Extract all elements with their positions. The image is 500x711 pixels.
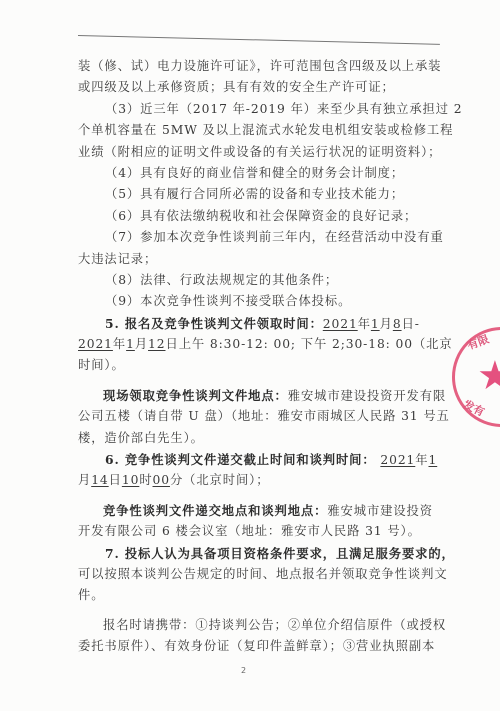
date-month: 1 — [428, 453, 437, 467]
time-minute: 00 — [153, 473, 170, 487]
unit-label: 日- — [402, 317, 420, 331]
bring-items-line-2: 委托书原件）、有效身份证（复印件盖鲜章）；③营业执照副本 — [78, 636, 444, 657]
section-7-heading: 7. 投标人认为具备项目资格条件要求，且满足服务要求的， — [105, 546, 455, 561]
site-pickup-line-2: 公司五楼（请自带 U 盘）（地址：雅安市雨城区人民路 31 号五 — [78, 406, 444, 427]
text-line: 或四级及以上承修资质；具有有效的安全生产许可证； — [78, 77, 444, 98]
section-5-line-3: 时间）。 — [78, 355, 444, 376]
date-month: 1 — [371, 317, 380, 331]
star-icon: ★ — [477, 356, 500, 396]
date-day: 12 — [148, 337, 165, 351]
unit-label: 月 — [380, 317, 393, 331]
site-pickup-line-3: 楼，造价部白先生）。 — [78, 428, 444, 449]
unit-label: 分（北京时间）； — [170, 473, 269, 487]
text-line: 大违法记录； — [78, 249, 444, 270]
section-7-line-1: 7. 投标人认为具备项目资格条件要求，且满足服务要求的， — [78, 543, 444, 564]
requirement-8: （8）法律、行政法规规定的其他条件； — [78, 270, 444, 291]
requirement-3: （3）近三年（2017 年-2019 年）来至少具有独立承担过 2 — [78, 99, 444, 120]
date-year: 2021 — [323, 317, 358, 331]
text-line: 业绩（附相应的证明文件或设备的有关运行状况的证明资料）； — [78, 142, 444, 163]
date-day: 8 — [393, 317, 402, 331]
unit-label: 时 — [139, 473, 152, 487]
document-body: 装（修、试）电力设施许可证》，许可范围包含四级及以上承装 或四级及以上承修资质；… — [78, 56, 444, 658]
time-range: 日上午 8:30-12: 00; 下午 2;30-18: 00（北京 — [166, 337, 453, 351]
date-year: 2021 — [380, 453, 415, 467]
requirement-5: （5）具有履行合同所必需的设备和专业技术能力； — [78, 184, 444, 205]
section-5-heading: 5. 报名及竞争性谈判文件领取时间： — [105, 316, 323, 331]
section-7-line-2: 可以按照本谈判公告规定的时间、地点报名并领取竞争性谈判文 — [78, 564, 444, 585]
company-seal: 有限 ★ 发有 — [452, 327, 500, 427]
unit-label: 年 — [415, 453, 428, 467]
date-month: 1 — [126, 337, 135, 351]
header-rule — [78, 35, 440, 45]
text-line: 个单机容量在 5MW 及以上混流式水轮发电机组安装或检修工程 — [78, 120, 444, 141]
unit-label: 月 — [78, 473, 91, 487]
site-pickup-text: 雅安城市建设投资开发有限 — [288, 389, 446, 403]
submit-location-line-2: 开发有限公司 6 楼会议室（地址：雅安市人民路 31 号）。 — [78, 521, 444, 542]
text-line: 装（修、试）电力设施许可证》，许可范围包含四级及以上承装 — [78, 56, 444, 77]
requirement-7: （7）参加本次竞争性谈判前三年内，在经营活动中没有重 — [78, 227, 444, 248]
date-day: 14 — [91, 473, 108, 487]
site-pickup-line-1: 现场领取竞争性谈判文件地点：雅安城市建设投资开发有限 — [78, 385, 444, 406]
section-6-line-2: 月14日10时00分（北京时间）； — [78, 470, 444, 491]
requirement-6: （6）具有依法缴纳税收和社会保障资金的良好记录； — [78, 206, 444, 227]
unit-label: 月 — [135, 337, 148, 351]
date-year: 2021 — [78, 337, 113, 351]
submit-location-heading: 竞争性谈判文件递交地点和谈判地点： — [103, 503, 327, 518]
requirement-9: （9）本次竞争性谈判不接受联合体投标。 — [78, 291, 444, 312]
seal-text-top: 有限 — [465, 331, 491, 354]
page-number: 2 — [241, 666, 246, 675]
requirement-4: （4）具有良好的商业信誉和健全的财务会计制度； — [78, 163, 444, 184]
time-hour: 10 — [122, 473, 139, 487]
unit-label: 年 — [113, 337, 126, 351]
section-7-line-3: 件。 — [78, 585, 444, 606]
seal-text-bottom: 发有 — [461, 396, 488, 420]
section-6-line-1: 6. 竞争性谈判文件递交截止时间和谈判时间： 2021年1 — [78, 449, 444, 470]
submit-location-line-1: 竞争性谈判文件递交地点和谈判地点：雅安城市建设投资 — [78, 500, 444, 521]
section-6-heading: 6. 竞争性谈判文件递交截止时间和谈判时间： — [105, 452, 376, 467]
unit-label: 日 — [109, 473, 122, 487]
site-pickup-heading: 现场领取竞争性谈判文件地点： — [103, 388, 288, 403]
unit-label: 年 — [358, 317, 371, 331]
section-5-line-2: 2021年1月12日上午 8:30-12: 00; 下午 2;30-18: 00… — [78, 334, 444, 355]
bring-items-line-1: 报名时请携带：①持谈判公告；②单位介绍信原件（或授权 — [78, 615, 444, 636]
submit-location-text: 雅安城市建设投资 — [327, 504, 433, 518]
section-5-line-1: 5. 报名及竞争性谈判文件领取时间：2021年1月8日- — [78, 313, 444, 334]
